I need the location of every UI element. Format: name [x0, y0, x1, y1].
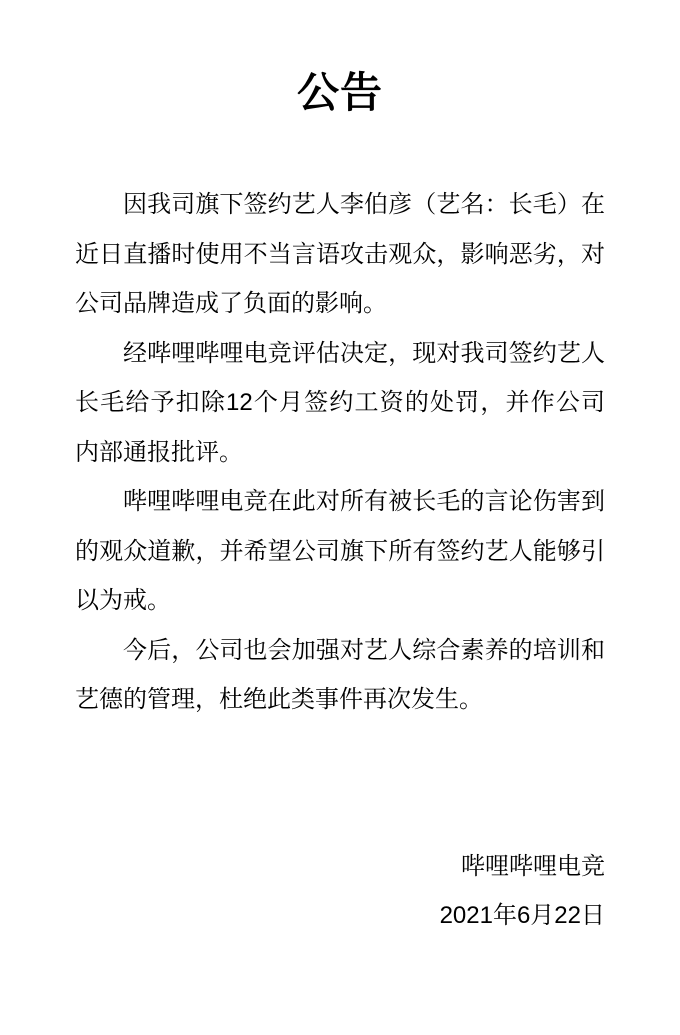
paragraph: 哔哩哔哩电竞在此对所有被长毛的言论伤害到的观众道歉，并希望公司旗下所有签约艺人能… — [75, 477, 605, 626]
paragraph: 因我司旗下签约艺人李伯彦（艺名：长毛）在近日直播时使用不当言语攻击观众，影响恶劣… — [75, 180, 605, 329]
document-body: 因我司旗下签约艺人李伯彦（艺名：长毛）在近日直播时使用不当言语攻击观众，影响恶劣… — [75, 180, 605, 725]
document-title: 公告 — [0, 0, 680, 118]
paragraph: 今后，公司也会加强对艺人综合素养的培训和艺德的管理，杜绝此类事件再次发生。 — [75, 626, 605, 725]
date: 2021年6月22日 — [75, 891, 605, 941]
signature: 哔哩哔哩电竞 — [75, 842, 605, 892]
signature-block: 哔哩哔哩电竞 2021年6月22日 — [75, 842, 605, 941]
paragraph: 经哔哩哔哩电竞评估决定，现对我司签约艺人长毛给予扣除12个月签约工资的处罚，并作… — [75, 329, 605, 478]
announcement-document: 公告 因我司旗下签约艺人李伯彦（艺名：长毛）在近日直播时使用不当言语攻击观众，影… — [0, 0, 680, 1035]
